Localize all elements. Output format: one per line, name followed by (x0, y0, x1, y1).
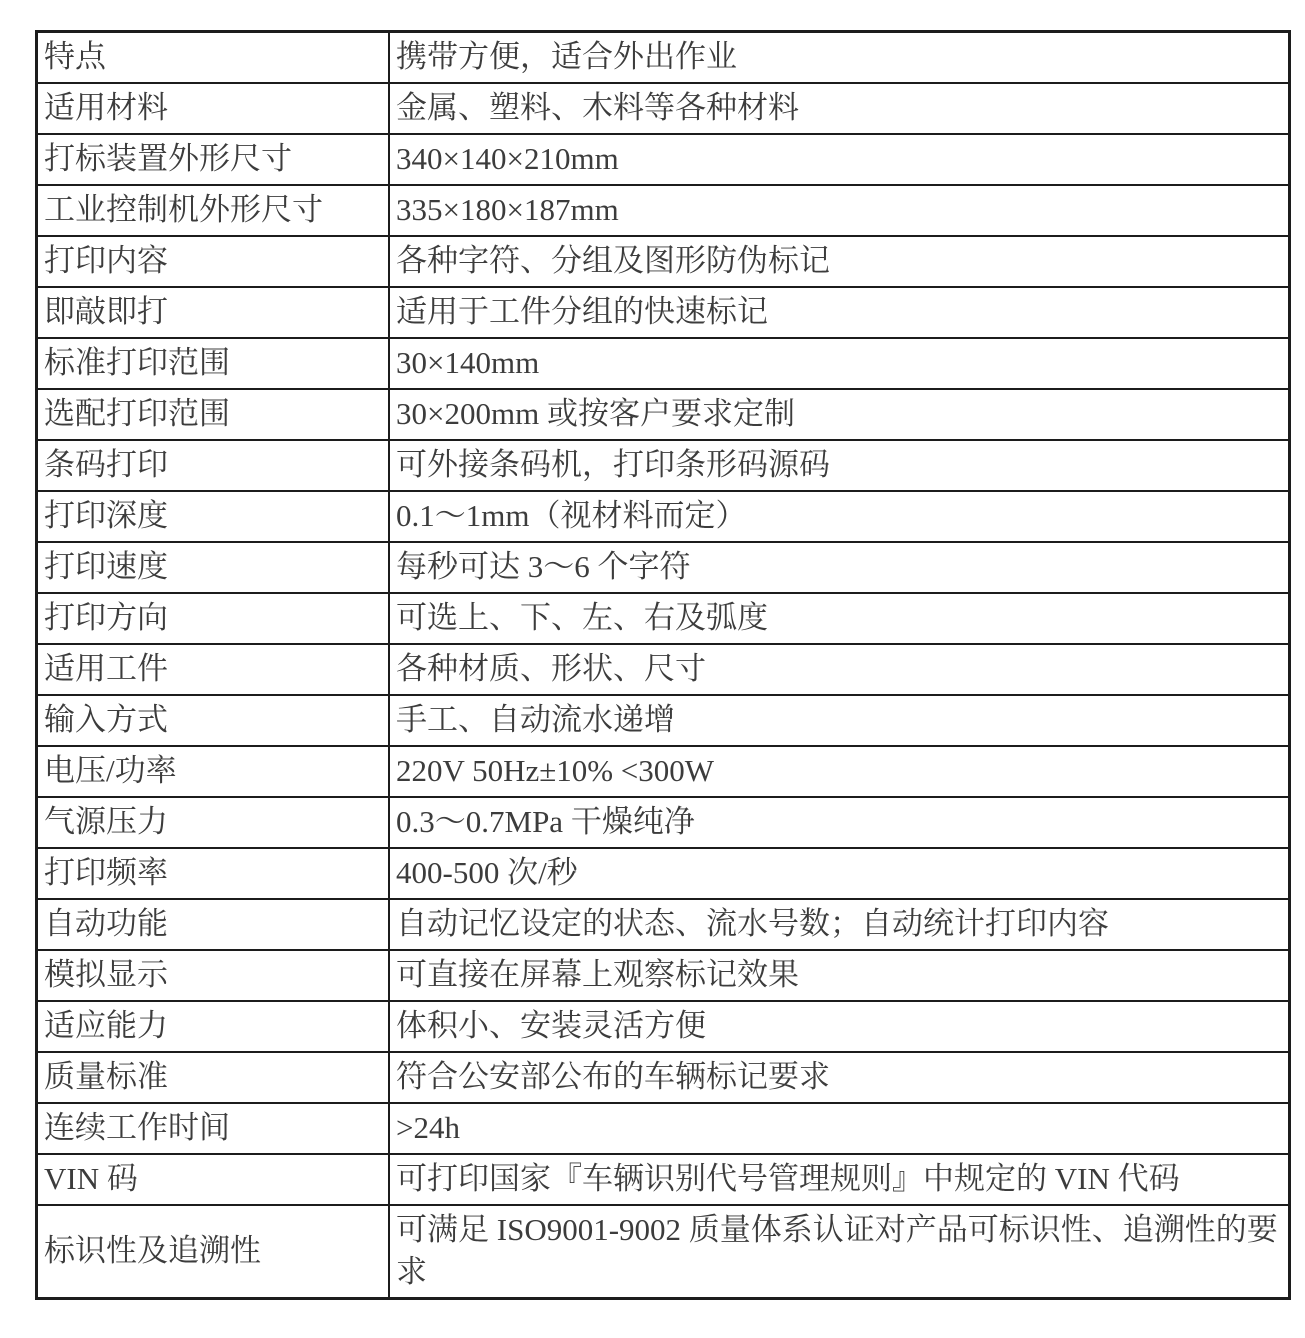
spec-value-cell: 30×140mm (389, 338, 1290, 389)
spec-value-cell: 335×180×187mm (389, 185, 1290, 236)
spec-value-cell: 0.3～0.7MPa 干燥纯净 (389, 797, 1290, 848)
table-row: 输入方式 手工、自动流水递增 (37, 695, 1290, 746)
spec-value-cell: 各种材质、形状、尺寸 (389, 644, 1290, 695)
spec-label-cell: 连续工作时间 (37, 1103, 390, 1154)
table-row: 打印内容 各种字符、分组及图形防伪标记 (37, 236, 1290, 287)
spec-value-cell: 可打印国家『车辆识别代号管理规则』中规定的 VIN 代码 (389, 1154, 1290, 1205)
spec-value-cell: 可直接在屏幕上观察标记效果 (389, 950, 1290, 1001)
spec-value-cell: 适用于工件分组的快速标记 (389, 287, 1290, 338)
table-row: 打印深度 0.1～1mm（视材料而定） (37, 491, 1290, 542)
table-row: 特点 携带方便，适合外出作业 (37, 32, 1290, 84)
table-row: 连续工作时间 >24h (37, 1103, 1290, 1154)
spec-label-cell: 打印速度 (37, 542, 390, 593)
table-row: 工业控制机外形尺寸 335×180×187mm (37, 185, 1290, 236)
table-row: 打印速度 每秒可达 3～6 个字符 (37, 542, 1290, 593)
spec-table-body: 特点 携带方便，适合外出作业 适用材料 金属、塑料、木料等各种材料 打标装置外形… (37, 32, 1290, 1299)
table-row: 自动功能 自动记忆设定的状态、流水号数；自动统计打印内容 (37, 899, 1290, 950)
spec-label-cell: 标准打印范围 (37, 338, 390, 389)
spec-label-cell: 适应能力 (37, 1001, 390, 1052)
spec-value-cell: 携带方便，适合外出作业 (389, 32, 1290, 84)
table-row: 打印方向 可选上、下、左、右及弧度 (37, 593, 1290, 644)
spec-value-cell: 可选上、下、左、右及弧度 (389, 593, 1290, 644)
spec-label-cell: 自动功能 (37, 899, 390, 950)
spec-value-cell: 400-500 次/秒 (389, 848, 1290, 899)
spec-value-cell: 自动记忆设定的状态、流水号数；自动统计打印内容 (389, 899, 1290, 950)
spec-value-cell: 220V 50Hz±10% <300W (389, 746, 1290, 797)
spec-label-cell: 标识性及追溯性 (37, 1205, 390, 1299)
spec-label-cell: 模拟显示 (37, 950, 390, 1001)
spec-value-cell: 可满足 ISO9001-9002 质量体系认证对产品可标识性、追溯性的要求 (389, 1205, 1290, 1299)
table-row: 气源压力 0.3～0.7MPa 干燥纯净 (37, 797, 1290, 848)
table-row: 适用工件 各种材质、形状、尺寸 (37, 644, 1290, 695)
spec-value-cell: 符合公安部公布的车辆标记要求 (389, 1052, 1290, 1103)
table-row: 适用材料 金属、塑料、木料等各种材料 (37, 83, 1290, 134)
table-row: 打标装置外形尺寸 340×140×210mm (37, 134, 1290, 185)
spec-label-cell: 输入方式 (37, 695, 390, 746)
table-row: 标准打印范围 30×140mm (37, 338, 1290, 389)
spec-label-cell: 即敲即打 (37, 287, 390, 338)
spec-value-cell: 可外接条码机，打印条形码源码 (389, 440, 1290, 491)
table-row: 标识性及追溯性 可满足 ISO9001-9002 质量体系认证对产品可标识性、追… (37, 1205, 1290, 1299)
spec-label-cell: 选配打印范围 (37, 389, 390, 440)
table-row: VIN 码 可打印国家『车辆识别代号管理规则』中规定的 VIN 代码 (37, 1154, 1290, 1205)
spec-label-cell: 适用工件 (37, 644, 390, 695)
table-row: 质量标准 符合公安部公布的车辆标记要求 (37, 1052, 1290, 1103)
spec-label-cell: VIN 码 (37, 1154, 390, 1205)
spec-value-cell: 体积小、安装灵活方便 (389, 1001, 1290, 1052)
spec-label-cell: 特点 (37, 32, 390, 84)
spec-label-cell: 打印内容 (37, 236, 390, 287)
spec-label-cell: 打标装置外形尺寸 (37, 134, 390, 185)
spec-label-cell: 工业控制机外形尺寸 (37, 185, 390, 236)
spec-label-cell: 质量标准 (37, 1052, 390, 1103)
table-row: 模拟显示 可直接在屏幕上观察标记效果 (37, 950, 1290, 1001)
spec-value-cell: 金属、塑料、木料等各种材料 (389, 83, 1290, 134)
spec-label-cell: 气源压力 (37, 797, 390, 848)
spec-value-cell: 每秒可达 3～6 个字符 (389, 542, 1290, 593)
table-row: 打印频率 400-500 次/秒 (37, 848, 1290, 899)
spec-value-cell: 340×140×210mm (389, 134, 1290, 185)
spec-table: 特点 携带方便，适合外出作业 适用材料 金属、塑料、木料等各种材料 打标装置外形… (35, 30, 1291, 1300)
spec-value-cell: 30×200mm 或按客户要求定制 (389, 389, 1290, 440)
spec-value-cell: 各种字符、分组及图形防伪标记 (389, 236, 1290, 287)
table-row: 即敲即打 适用于工件分组的快速标记 (37, 287, 1290, 338)
spec-label-cell: 电压/功率 (37, 746, 390, 797)
spec-value-cell: 0.1～1mm（视材料而定） (389, 491, 1290, 542)
spec-label-cell: 条码打印 (37, 440, 390, 491)
table-row: 适应能力 体积小、安装灵活方便 (37, 1001, 1290, 1052)
spec-label-cell: 适用材料 (37, 83, 390, 134)
table-row: 电压/功率 220V 50Hz±10% <300W (37, 746, 1290, 797)
spec-label-cell: 打印方向 (37, 593, 390, 644)
document-page: 特点 携带方便，适合外出作业 适用材料 金属、塑料、木料等各种材料 打标装置外形… (0, 0, 1305, 1338)
spec-label-cell: 打印深度 (37, 491, 390, 542)
spec-value-cell: 手工、自动流水递增 (389, 695, 1290, 746)
table-row: 选配打印范围 30×200mm 或按客户要求定制 (37, 389, 1290, 440)
spec-label-cell: 打印频率 (37, 848, 390, 899)
spec-value-cell: >24h (389, 1103, 1290, 1154)
table-row: 条码打印 可外接条码机，打印条形码源码 (37, 440, 1290, 491)
